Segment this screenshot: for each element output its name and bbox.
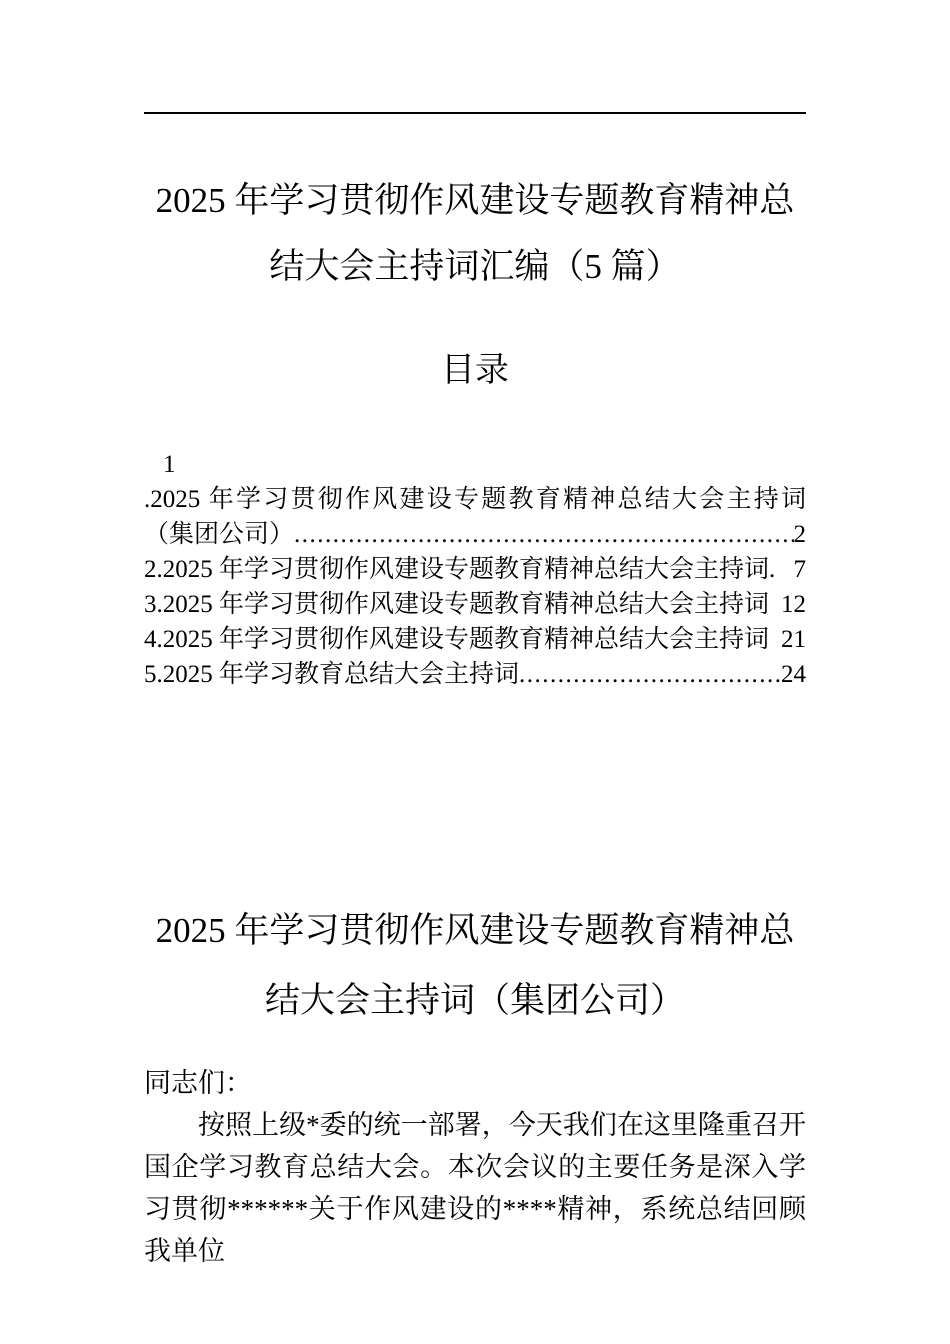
section-title-line1: 2025 年学习贯彻作风建设专题教育精神总 [144, 896, 806, 966]
toc-entry-1-title: .2025 年学习贯彻作风建设专题教育精神总结大会主持词 [144, 482, 806, 517]
toc-entry-5-page-number: 24 [781, 657, 806, 692]
toc-entry-1-continuation-text: （集团公司） [144, 517, 294, 552]
toc-entry-4-page-number: 21 [781, 622, 806, 657]
table-of-contents: 1 .2025 年学习贯彻作风建设专题教育精神总结大会主持词 （集团公司） ..… [144, 447, 806, 692]
document-title: 2025 年学习贯彻作风建设专题教育精神总 结大会主持词汇编（5 篇） [144, 168, 806, 300]
header-rule [144, 112, 806, 114]
toc-entry-1-continuation: （集团公司） .................................… [144, 517, 806, 552]
toc-entry-2-page-number: 7 [794, 552, 807, 587]
toc-entry-5: 5.2025 年学习教育总结大会主持词 ....................… [144, 657, 806, 692]
section-title: 2025 年学习贯彻作风建设专题教育精神总 结大会主持词（集团公司） [144, 896, 806, 1036]
toc-entry-4: 4.2025 年学习贯彻作风建设专题教育精神总结大会主持词 21 [144, 622, 806, 657]
toc-entry-3-page-number: 12 [781, 587, 806, 622]
toc-entry-1-title-text: .2025 年学习贯彻作风建设专题教育精神总结大会主持词 [144, 486, 806, 513]
toc-leader-dots: ........................................… [519, 657, 781, 692]
toc-entry-1-number: 1 [144, 447, 806, 482]
body-text: 同志们： 按照上级*委的统一部署，今天我们在这里隆重召开国企学习教育总结大会。本… [144, 1062, 806, 1272]
toc-entry-3-text: 3.2025 年学习贯彻作风建设专题教育精神总结大会主持词 [144, 587, 769, 622]
body-paragraph: 按照上级*委的统一部署，今天我们在这里隆重召开国企学习教育总结大会。本次会议的主… [144, 1104, 806, 1272]
toc-heading: 目录 [144, 346, 806, 396]
toc-entry-1-page-number: 2 [794, 517, 807, 552]
toc-entry-2-text: 2.2025 年学习贯彻作风建设专题教育精神总结大会主持词. [144, 552, 775, 587]
toc-entry-5-text: 5.2025 年学习教育总结大会主持词 [144, 657, 519, 692]
toc-entry-2: 2.2025 年学习贯彻作风建设专题教育精神总结大会主持词. 7 [144, 552, 806, 587]
document-title-line1: 2025 年学习贯彻作风建设专题教育精神总 [144, 168, 806, 234]
greeting-line: 同志们： [144, 1062, 806, 1104]
toc-entry-1-number-text: 1 [163, 451, 176, 478]
document-title-line2: 结大会主持词汇编（5 篇） [144, 234, 806, 300]
section-title-line2: 结大会主持词（集团公司） [144, 966, 806, 1036]
document-page: 2025 年学习贯彻作风建设专题教育精神总 结大会主持词汇编（5 篇） 目录 1… [0, 0, 950, 1344]
toc-entry-4-text: 4.2025 年学习贯彻作风建设专题教育精神总结大会主持词 [144, 622, 769, 657]
toc-entry-3: 3.2025 年学习贯彻作风建设专题教育精神总结大会主持词 12 [144, 587, 806, 622]
toc-leader-dots: ........................................… [294, 517, 793, 552]
